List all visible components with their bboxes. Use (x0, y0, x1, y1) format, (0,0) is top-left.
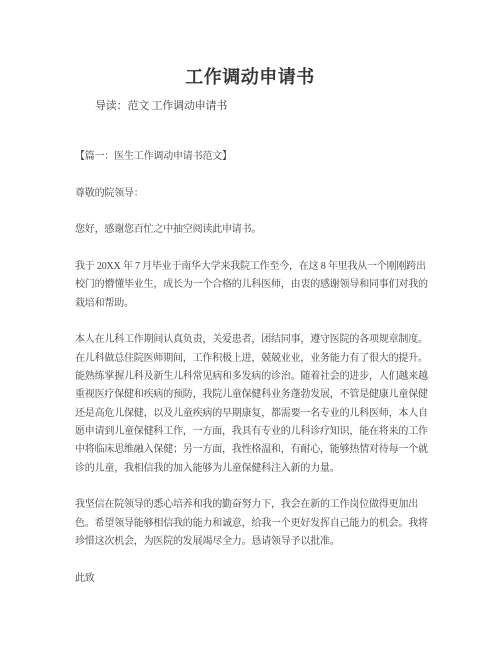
text-line: 重视医疗保健和疾病的预防，我院儿童保健科业务蓬勃发展，不管是健康儿童保健 (75, 386, 437, 404)
text-line: 我于 20XX 年 7 月毕业于南华大学来我院工作至今，在这 8 年里我从一个刚… (75, 258, 437, 276)
paragraph-work-experience: 本人在儿科工作期间认真负责，关爱患者，团结同事，遵守医院的各项规章制度。在儿科做… (75, 331, 437, 478)
closing: 此致 (75, 570, 437, 588)
text-line: 诊的儿童，我相信我的加入能够为儿童保健科注入新的力量。 (75, 460, 437, 478)
text-line: 愿申请到儿童保健科工作，一方面，我具有专业的儿科诊疗知识，能在将来的工作 (75, 423, 437, 441)
text-line: 还是高危儿保健，以及儿童疾病的早期康复，都需要一名专业的儿科医师，本人自 (75, 405, 437, 423)
text-line: 校门的懵懂毕业生，成长为一个合格的儿科医师，由衷的感谢领导和同事们对我的 (75, 276, 437, 294)
document-page: 工作调动申请书 导读：范文 工作调动申请书 【篇一：医生工作调动申请书范文】尊敬… (0, 0, 500, 647)
text-line: 我坚信在院领导的悉心培养和我的勤奋努力下，我会在新的工作岗位做得更加出 (75, 496, 437, 514)
text-line: 此致 (75, 570, 437, 588)
section-heading: 【篇一：医生工作调动申请书范文】 (75, 148, 437, 166)
paragraph-education: 我于 20XX 年 7 月毕业于南华大学来我院工作至今，在这 8 年里我从一个刚… (75, 258, 437, 313)
lead-summary: 导读：范文 工作调动申请书 (95, 97, 227, 113)
text-line: 色。希望领导能够相信我的能力和诚意，给我一个更好发挥自己能力的机会。我将 (75, 515, 437, 533)
text-line: 尊敬的院领导： (75, 185, 437, 203)
text-line: 【篇一：医生工作调动申请书范文】 (75, 148, 437, 166)
text-line: 栽培和帮助。 (75, 295, 437, 313)
text-line: 本人在儿科工作期间认真负责，关爱患者，团结同事，遵守医院的各项规章制度。 (75, 331, 437, 349)
greeting: 您好，感谢您百忙之中抽空阅读此申请书。 (75, 221, 437, 239)
text-line: 珍惜这次机会，为医院的发展竭尽全力。恳请领导予以批准。 (75, 533, 437, 551)
document-title: 工作调动申请书 (0, 63, 500, 89)
salutation: 尊敬的院领导： (75, 185, 437, 203)
text-line: 能熟练掌握儿科及新生儿科常见病和多发病的诊治。随着社会的进步，人们越来越 (75, 368, 437, 386)
paragraph-commitment: 我坚信在院领导的悉心培养和我的勤奋努力下，我会在新的工作岗位做得更加出色。希望领… (75, 496, 437, 551)
text-line: 您好，感谢您百忙之中抽空阅读此申请书。 (75, 221, 437, 239)
text-line: 在儿科做总住院医师期间，工作积极上进，兢兢业业，业务能力有了很大的提升。 (75, 350, 437, 368)
document-body: 【篇一：医生工作调动申请书范文】尊敬的院领导：您好，感谢您百忙之中抽空阅读此申请… (75, 148, 437, 588)
text-line: 中将临床思维融入保健；另一方面，我性格温和，有耐心，能够热情对待每一个就 (75, 441, 437, 459)
